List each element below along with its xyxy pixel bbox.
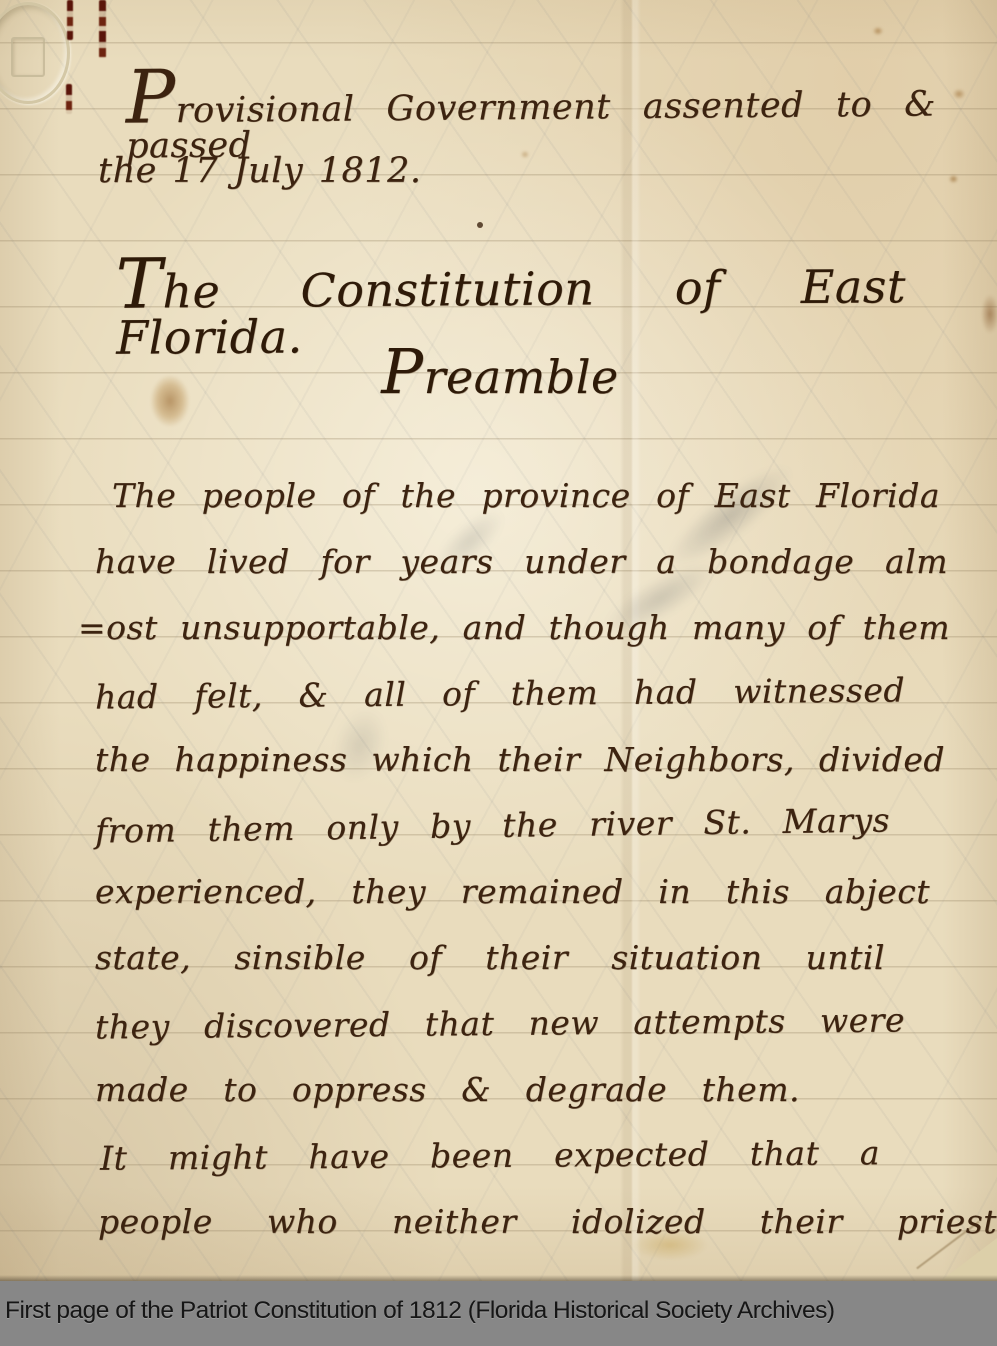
body-line: made to oppress & degrade them.	[95, 1073, 800, 1106]
scanned-document-screenshot: Provisional Government assented to & pas…	[0, 0, 997, 1346]
foxing-spot	[872, 26, 884, 36]
body-line: people who neither idolized their priest	[98, 1205, 997, 1238]
body-line: had felt, & all of them had witnessed	[95, 673, 905, 713]
document-title: The Constitution of East Florida.	[116, 263, 907, 361]
caption-text: First page of the Patriot Constitution o…	[5, 1297, 835, 1325]
body-line: the happiness which their Neighbors, div…	[95, 743, 945, 776]
body-line: have lived for years under a bondage alm	[95, 545, 948, 578]
foxing-spot	[948, 174, 959, 184]
annotation-line-2: the 17 July 1812.	[98, 154, 421, 189]
section-heading-preamble: Preamble	[318, 354, 682, 400]
edge-stain	[980, 292, 997, 336]
body-line: experienced, they remained in this abjec…	[95, 875, 930, 908]
binding-mark	[99, 0, 106, 58]
binding-mark	[67, 0, 73, 40]
manuscript-page: Provisional Government assented to & pas…	[0, 0, 997, 1281]
body-line: The people of the province of East Flori…	[112, 479, 940, 512]
body-line: from them only by the river St. Marys	[95, 803, 890, 847]
body-line: state, sinsible of their situation until	[95, 941, 885, 974]
body-line: It might have been expected that a	[100, 1136, 880, 1174]
body-line: =ost unsupportable, and though many of t…	[78, 611, 950, 644]
ink-stain	[148, 372, 192, 430]
foxing-spot	[952, 88, 966, 100]
embossed-seal	[0, 2, 70, 104]
embossed-seal-center	[11, 37, 45, 77]
binding-mark	[66, 84, 72, 114]
ink-speck	[477, 222, 483, 228]
caption-bar: First page of the Patriot Constitution o…	[0, 1281, 997, 1346]
body-line: they discovered that new attempts were	[95, 1003, 905, 1043]
